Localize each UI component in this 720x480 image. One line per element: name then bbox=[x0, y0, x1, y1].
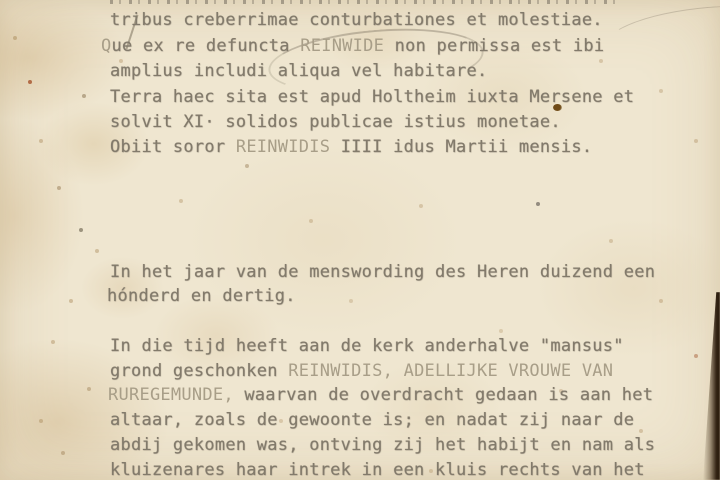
typewritten-line: Que ex re defuncta REINWIDE non permissa… bbox=[101, 36, 604, 56]
text-segment: Q bbox=[101, 36, 112, 56]
typewritten-line: In die tijd heeft aan de kerk anderhalve… bbox=[110, 336, 624, 356]
text-segment: amplius includi aliqua vel habitare. bbox=[110, 61, 487, 81]
text-segment: abdij gekomen was, ontving zij het habij… bbox=[110, 435, 655, 455]
text-segment: In het jaar van de menswording des Heren… bbox=[110, 262, 655, 282]
text-segment: kluizenares haar intrek in een kluis rec… bbox=[110, 460, 645, 480]
text-segment: REINWIDE bbox=[300, 36, 384, 56]
typewritten-line: RUREGEMUNDE, waarvan de overdracht gedaa… bbox=[108, 385, 653, 405]
text-segment: ue ex re defuncta bbox=[112, 36, 301, 56]
typewritten-line: hónderd en dertig. bbox=[107, 286, 296, 306]
text-segment: hónderd en dertig. bbox=[107, 286, 296, 306]
text-segment: tribus creberrimae conturbationes et mol… bbox=[110, 10, 603, 30]
typewritten-line: solvit XI· solidos publicae istius monet… bbox=[110, 112, 561, 132]
text-segment: Terra haec sita est apud Holtheim iuxta … bbox=[110, 87, 634, 107]
text-segment: REINWIDIS, ADELLIJKE VROUWE VAN bbox=[288, 361, 613, 381]
text-segment: RUREGEMUNDE, bbox=[108, 385, 234, 405]
text-segment: In die tijd heeft aan de kerk anderhalve… bbox=[110, 336, 624, 356]
typewritten-text: tribus creberrimae conturbationes et mol… bbox=[0, 0, 720, 480]
typewritten-line: abdij gekomen was, ontving zij het habij… bbox=[110, 435, 655, 455]
text-segment: solvit XI· solidos publicae istius monet… bbox=[110, 112, 561, 132]
text-segment: grond geschonken bbox=[110, 361, 288, 381]
text-segment: non permissa est ibi bbox=[384, 36, 604, 56]
text-segment: Obiit soror bbox=[110, 137, 236, 157]
typewritten-line: In het jaar van de menswording des Heren… bbox=[110, 262, 655, 282]
text-segment: REINWIDIS bbox=[236, 137, 330, 157]
text-segment: waarvan de overdracht gedaan is aan het bbox=[234, 385, 653, 405]
typewritten-line: grond geschonken REINWIDIS, ADELLIJKE VR… bbox=[110, 361, 613, 381]
typewritten-line: kluizenares haar intrek in een kluis rec… bbox=[110, 460, 645, 480]
typewritten-line: amplius includi aliqua vel habitare. bbox=[110, 61, 487, 81]
typewritten-line: altaar, zoals de gewoonte is; en nadat z… bbox=[110, 410, 634, 430]
text-segment: altaar, zoals de gewoonte is; en nadat z… bbox=[110, 410, 634, 430]
text-segment: IIII idus Martii mensis. bbox=[330, 137, 592, 157]
typewritten-line: Terra haec sita est apud Holtheim iuxta … bbox=[110, 87, 634, 107]
typewritten-line: tribus creberrimae conturbationes et mol… bbox=[110, 10, 603, 30]
aged-paper-page: tribus creberrimae conturbationes et mol… bbox=[0, 0, 720, 480]
typewritten-line: Obiit soror REINWIDIS IIII idus Martii m… bbox=[110, 137, 592, 157]
